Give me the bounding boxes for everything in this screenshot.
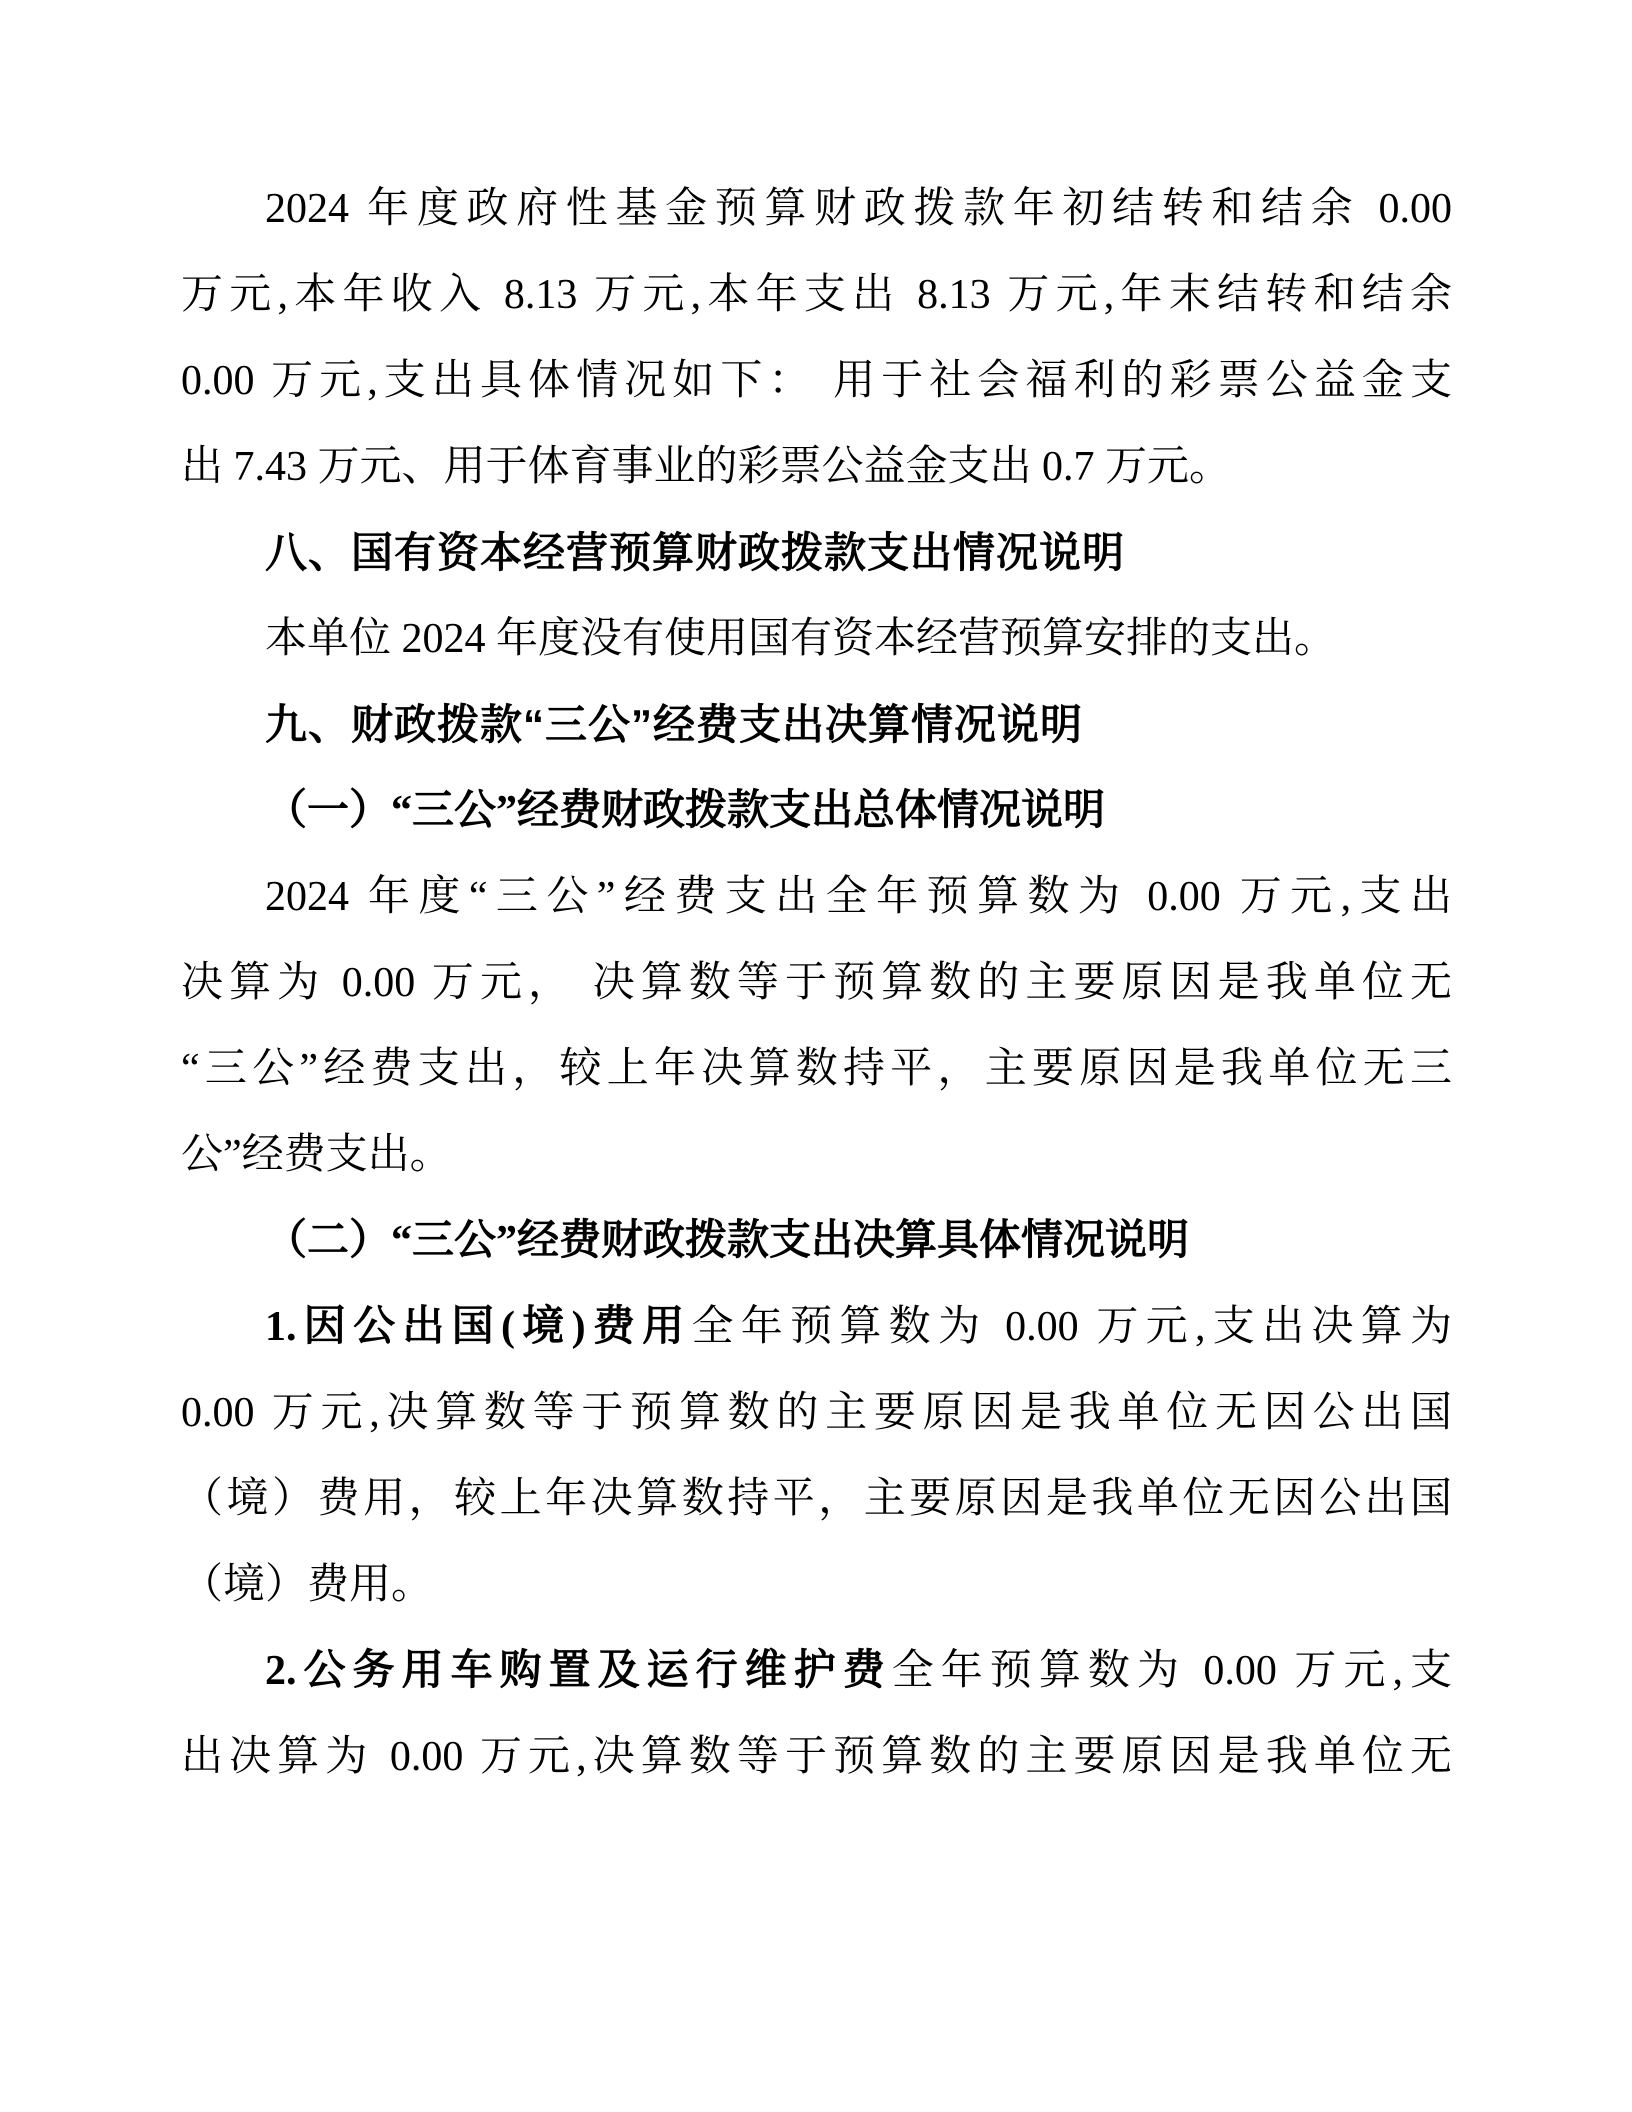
three-public-overview-line-1: 2024 年度“三公”经费支出全年预算数为 0.00 万元,支出 [181,854,1452,940]
abroad-expense-line-2: 0.00 万元,决算数等于预算数的主要原因是我单位无因公出国 [181,1370,1452,1456]
vehicle-expense-line-1: 2.公务用车购置及运行维护费全年预算数为 0.00 万元,支 [181,1628,1452,1714]
vehicle-expense-item-label: 2.公务用车购置及运行维护费 [265,1648,892,1694]
subsection-2-heading: （二）“三公”经费财政拨款支出决算具体情况说明 [181,1198,1452,1284]
three-public-overview-line-2: 决算为 0.00 万元， 决算数等于预算数的主要原因是我单位无 [181,940,1452,1026]
document-body: 2024 年度政府性基金预算财政拨款年初结转和结余 0.00 万元,本年收入 8… [181,166,1452,1800]
section-9-heading: 九、财政拨款“三公”经费支出决算情况说明 [181,682,1452,768]
soe-budget-paragraph-line: 本单位 2024 年度没有使用国有资本经营预算安排的支出。 [181,596,1452,682]
abroad-expense-line-1: 1.因公出国(境)费用全年预算数为 0.00 万元,支出决算为 [181,1284,1452,1370]
abroad-expense-item-text: 全年预算数为 0.00 万元,支出决算为 [691,1304,1452,1350]
vehicle-expense-item-text: 全年预算数为 0.00 万元,支 [892,1648,1452,1694]
gov-fund-paragraph-line-1: 2024 年度政府性基金预算财政拨款年初结转和结余 0.00 [181,166,1452,252]
gov-fund-paragraph-line-4: 出 7.43 万元、用于体育事业的彩票公益金支出 0.7 万元。 [181,424,1452,510]
abroad-expense-line-4: （境）费用。 [181,1542,1452,1628]
gov-fund-paragraph-line-3: 0.00 万元,支出具体情况如下： 用于社会福利的彩票公益金支 [181,338,1452,424]
vehicle-expense-line-2: 出决算为 0.00 万元,决算数等于预算数的主要原因是我单位无 [181,1714,1452,1800]
subsection-1-heading: （一）“三公”经费财政拨款支出总体情况说明 [181,768,1452,854]
document-page: 2024 年度政府性基金预算财政拨款年初结转和结余 0.00 万元,本年收入 8… [0,0,1632,2112]
three-public-overview-line-4: 公”经费支出。 [181,1112,1452,1198]
section-8-heading: 八、国有资本经营预算财政拨款支出情况说明 [181,510,1452,596]
three-public-overview-line-3: “三公”经费支出，较上年决算数持平，主要原因是我单位无三 [181,1026,1452,1112]
abroad-expense-item-label: 1.因公出国(境)费用 [265,1304,691,1350]
abroad-expense-line-3: （境）费用，较上年决算数持平，主要原因是我单位无因公出国 [181,1456,1452,1542]
gov-fund-paragraph-line-2: 万元,本年收入 8.13 万元,本年支出 8.13 万元,年末结转和结余 [181,252,1452,338]
